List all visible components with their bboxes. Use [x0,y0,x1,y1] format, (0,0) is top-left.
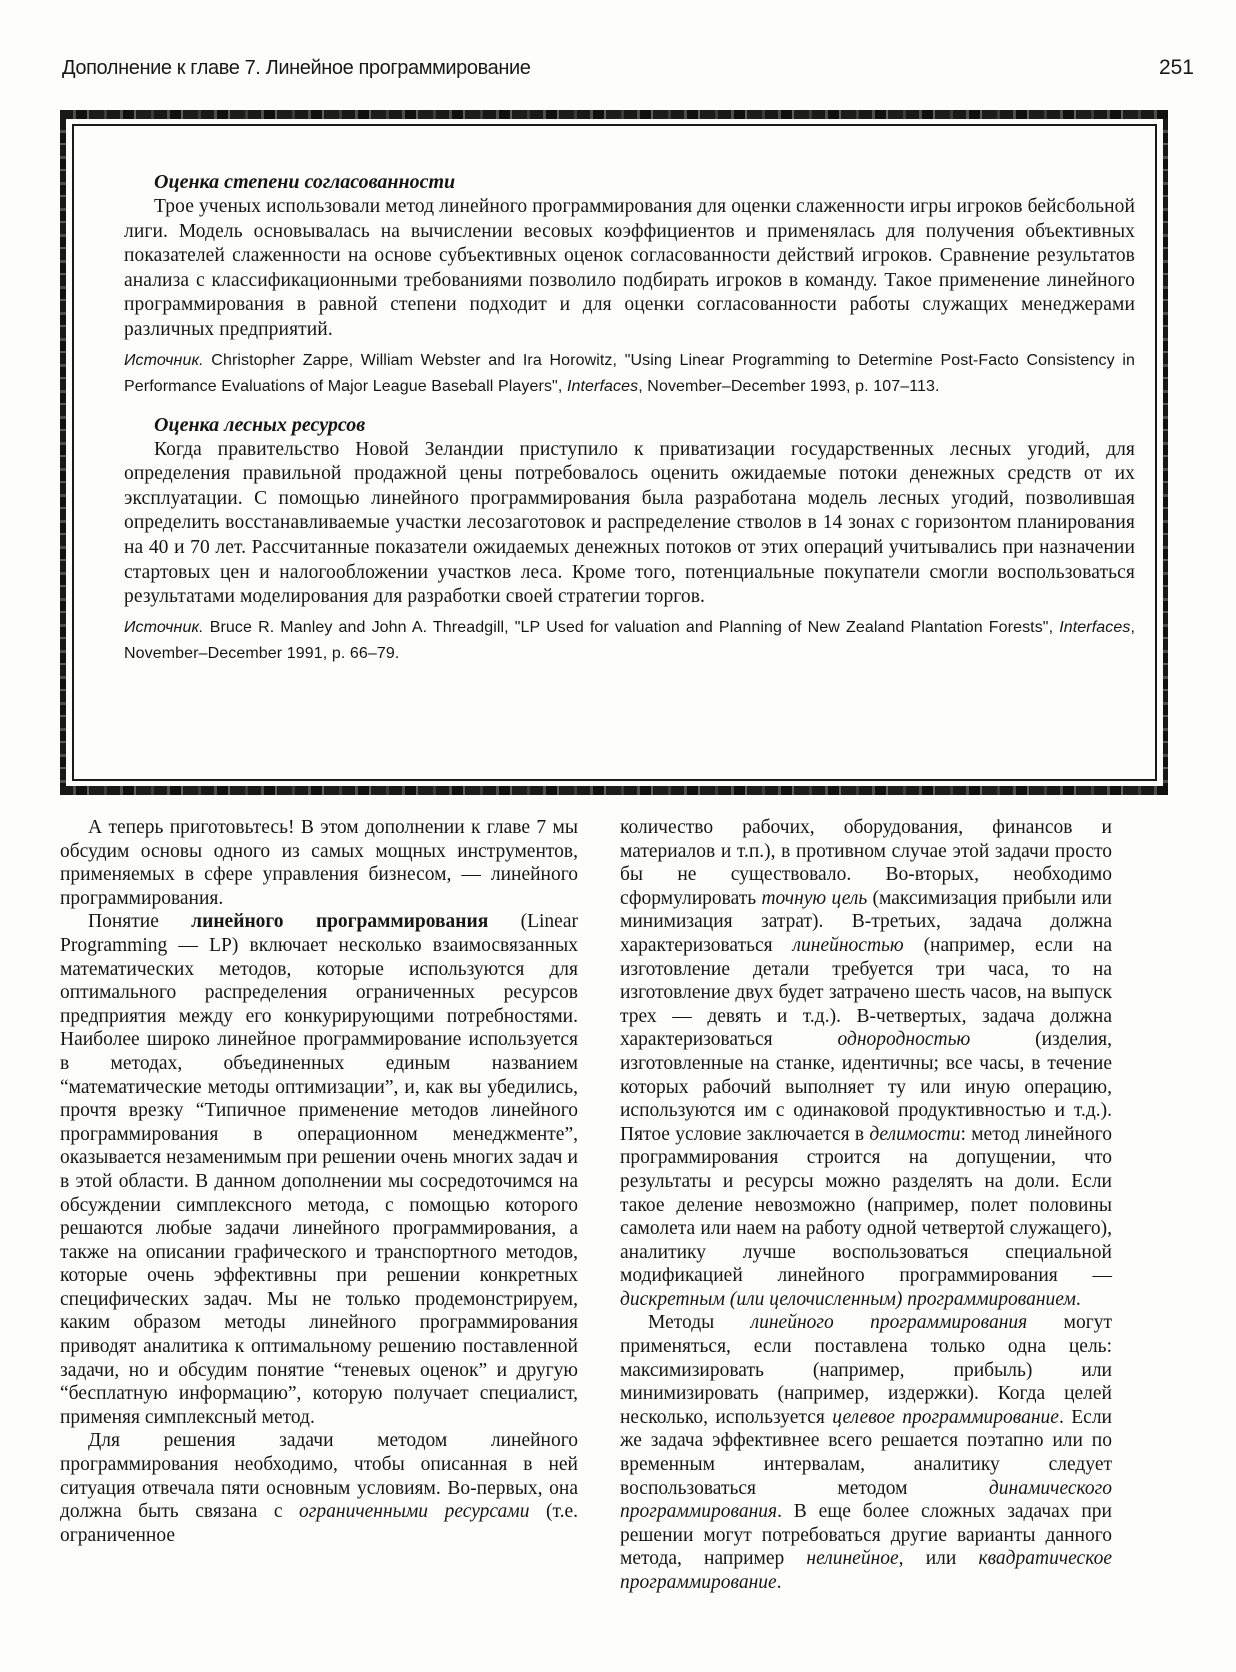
paragraph: Для решения задачи методом линейного про… [60,1429,578,1547]
page-number: 251 [1159,56,1194,80]
paragraph: А теперь приготовьтесь! В этом дополнени… [60,816,578,910]
box-section-heading: Оценка лесных ресурсов [124,413,1135,438]
running-head: Дополнение к главе 7. Линейное программи… [62,56,1194,80]
body-columns: А теперь приготовьтесь! В этом дополнени… [60,816,1112,1595]
column-right: количество рабочих, оборудования, финанс… [620,816,1112,1595]
paragraph: Понятие линейного программирования (Line… [60,910,578,1429]
callout-box: Оценка степени согласованности Трое учен… [60,110,1168,795]
box-section-heading: Оценка степени согласованности [124,170,1135,195]
book-page: Дополнение к главе 7. Линейное программи… [0,0,1236,1672]
box-border-left [60,119,66,786]
box-source-note: Источник. Bruce R. Manley and John A. Th… [124,615,1135,667]
paragraph: количество рабочих, оборудования, финанс… [620,816,1112,1311]
box-source-note: Источник. Christopher Zappe, William Web… [124,348,1135,400]
box-border-right [1163,119,1168,786]
paragraph: Методы линейного программирования могут … [620,1311,1112,1594]
running-head-title: Дополнение к главе 7. Линейное программи… [62,57,531,80]
box-section-body: Когда правительство Новой Зеландии прист… [124,438,1135,610]
column-left: А теперь приготовьтесь! В этом дополнени… [60,816,578,1595]
box-section-body: Трое ученых использовали метод линейного… [124,195,1135,343]
box-border-top [60,110,1168,119]
box-border-bottom [60,786,1168,795]
callout-box-content: Оценка степени согласованности Трое учен… [72,124,1157,781]
